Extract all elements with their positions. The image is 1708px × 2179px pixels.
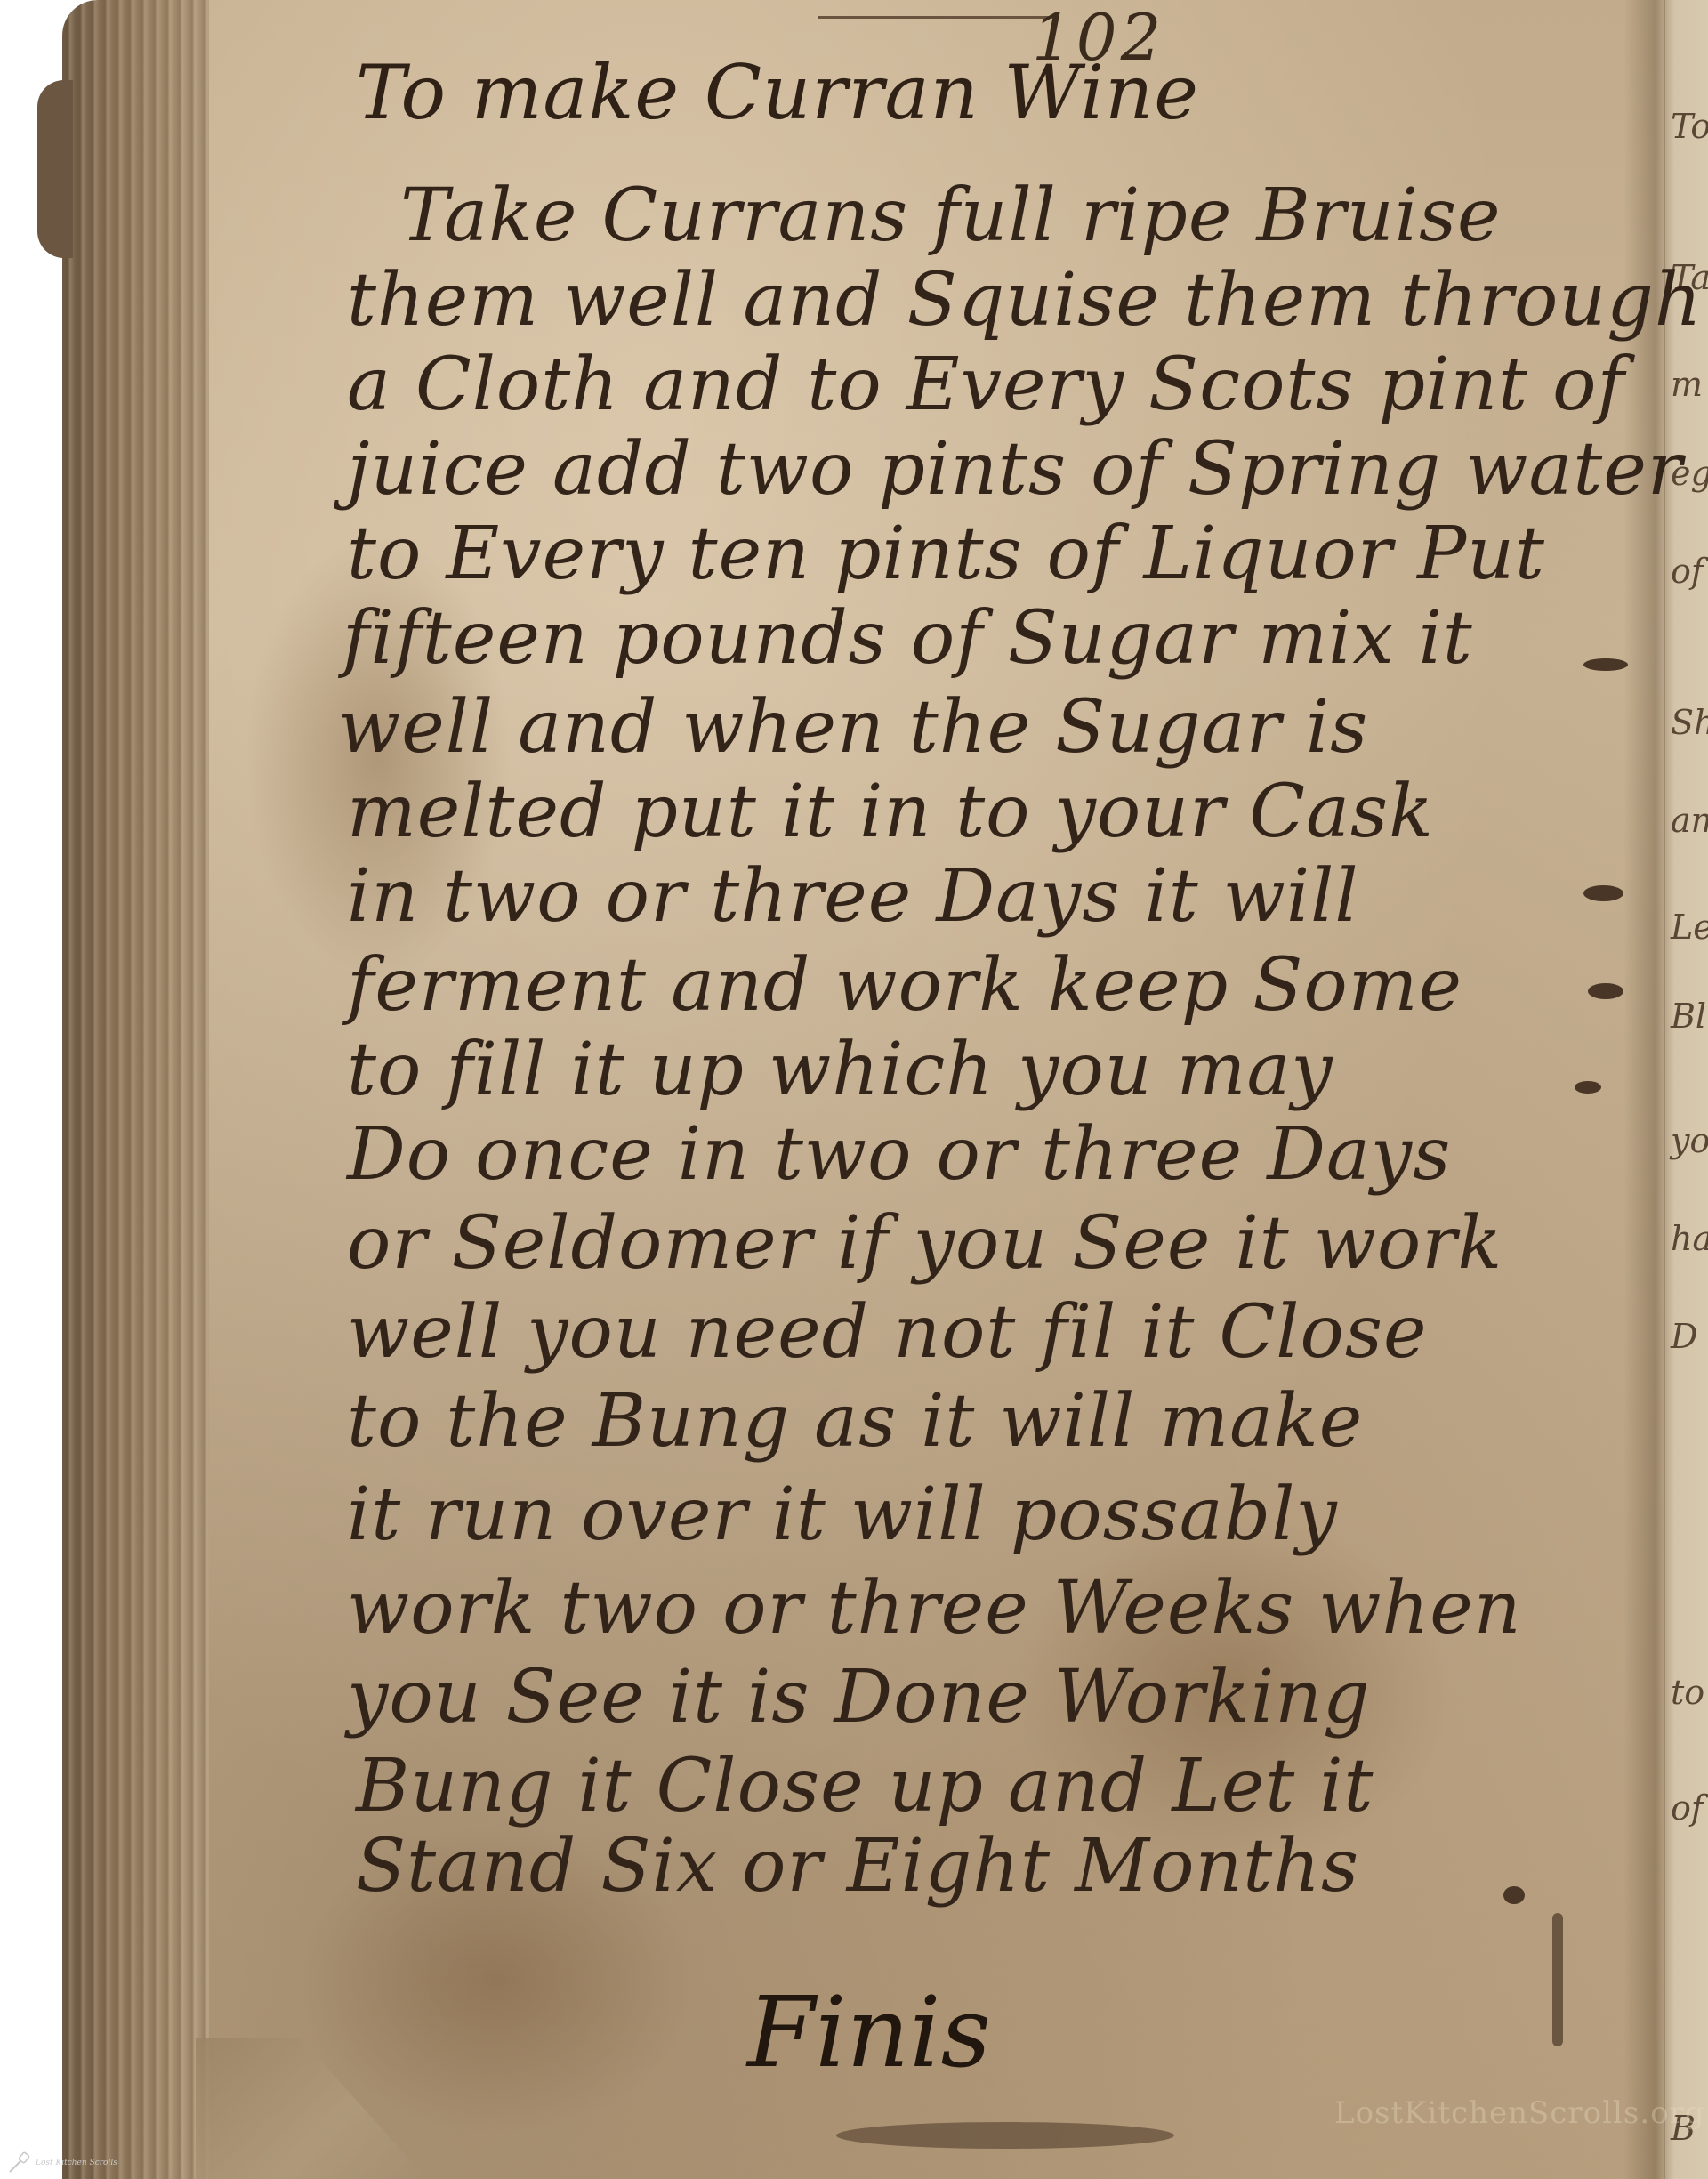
recipe-line: Do once in two or three Days [347,1112,1451,1197]
facing-page-fragment: m [1671,365,1703,404]
recipe-line: you See it is Done Working [347,1655,1371,1739]
recipe-line: ferment and work keep Some [347,943,1462,1028]
recipe-line: in two or three Days it will [347,854,1359,939]
facing-page-fragment: To [1671,107,1708,146]
facing-page-fragment: Sho [1671,703,1708,742]
facing-page-fragment: am [1671,801,1708,840]
recipe-line: them well and Squise them through [347,258,1703,343]
site-watermark: LostKitchenScrolls.org [1334,2095,1705,2131]
ink-flourish [1575,1081,1601,1094]
recipe-line: or Seldomer if you See it work [347,1201,1503,1286]
facing-page-fragment: D [1671,1317,1697,1356]
recipe-line: Bung it Close up and Let it [356,1744,1374,1828]
ink-drip [1552,1913,1563,2046]
recipe-line: a Cloth and to Every Scots pint of [347,343,1625,427]
finis-signature: Finis [747,1975,991,2089]
recipe-line: to fill it up which you may [347,1028,1333,1112]
facing-page-fragment: yo [1671,1121,1708,1160]
facing-page-fragment: of [1671,1788,1704,1828]
ink-flourish [1588,983,1623,999]
recipe-line: melted put it in to your Cask [347,770,1434,854]
ink-dot [1503,1886,1525,1904]
recipe-line: to Every ten pints of Liquor Put [347,512,1545,596]
recipe-line: work two or three Weeks when [347,1566,1522,1650]
ink-flourish [1583,658,1628,671]
facing-page-fragment: to [1671,1673,1704,1712]
recipe-title: To make Curran Wine [356,49,1199,136]
page-number-rule [818,16,1059,19]
facing-page-fragment: Les [1671,908,1708,947]
facing-page-fragment: ha [1671,1219,1708,1258]
recipe-line: juice add two pints of Spring water [347,427,1683,512]
facing-page-fragment: of [1671,552,1704,591]
recipe-line: well and when the Sugar is [338,685,1368,770]
ink-smear [836,2122,1174,2149]
corner-logo: Lost Kitchen Scrolls [7,2151,117,2175]
corner-logo-text: Lost Kitchen Scrolls [36,2159,117,2167]
facing-page-fragment: Bl [1671,997,1706,1036]
recipe-line: it run over it will possably [347,1473,1338,1557]
ink-flourish [1583,885,1623,901]
recipe-line: Take Currans full ripe Bruise [400,174,1502,258]
spatula-icon [7,2151,30,2175]
recipe-line: Stand Six or Eight Months [356,1824,1359,1909]
recipe-line: well you need not fil it Close [347,1290,1427,1375]
recipe-line: fifteen pounds of Sugar mix it [342,596,1473,681]
page-stack-edge [62,0,213,2179]
recipe-line: to the Bung as it will make [347,1379,1363,1464]
